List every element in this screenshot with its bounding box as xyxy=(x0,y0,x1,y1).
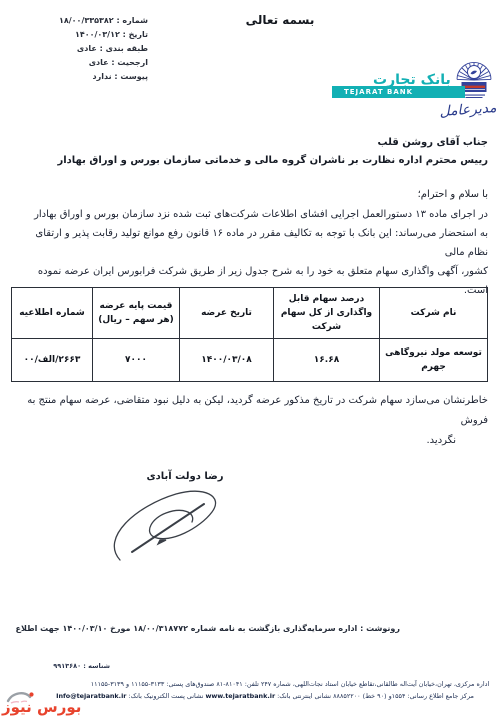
cell-percent-shares: ۱۶.۶۸ xyxy=(274,339,380,382)
signature-scribble xyxy=(108,486,226,566)
cell-base-price: ۷۰۰۰ xyxy=(93,339,180,382)
footer-contact-prefix: مرکز جامع اطلاع رسانی: ۱۵۵۴و (۹۰ خط) ۸۸۸… xyxy=(275,692,474,700)
meta-priority: ارجحیت : عادی xyxy=(14,56,148,70)
meta-number: شماره : ۱۸/۰۰/۳۳۵۳۸۲ xyxy=(14,14,148,28)
meta-attachment: پیوست : ندارد xyxy=(14,70,148,84)
body-paragraph-2: خاطرنشان می‌سازد سهام شرکت در تاریخ مذکو… xyxy=(14,391,488,451)
cell-company-name: توسعه مولد نیروگاهی جهرم xyxy=(380,339,488,382)
letter-meta-block: شماره : ۱۸/۰۰/۳۳۵۳۸۲ تاریخ : ۱۴۰۰/۰۳/۱۲ … xyxy=(14,14,148,84)
cell-offer-date: ۱۴۰۰/۰۳/۰۸ xyxy=(180,339,274,382)
para1-line2: به استحضار می‌رساند: این بانک با توجه به… xyxy=(14,224,488,262)
meta-classification: طبقه بندی : عادی xyxy=(14,42,148,56)
carbon-copy-note: رونوشت : اداره سرمایه‌گذاری بازگشت به نا… xyxy=(14,624,400,633)
share-offer-table: نام شرکت درصد سهام قابل واگذاری از کل سه… xyxy=(11,287,488,382)
col-notice-number: شماره اطلاعیه xyxy=(12,288,93,339)
recipient-title: رییس محترم اداره نظارت بر ناشران گروه ما… xyxy=(14,152,488,170)
para1-line1: در اجرای ماده ۱۳ دستورالعمل اجرایی افشای… xyxy=(14,205,488,224)
col-offer-date: تاریخ عرضه xyxy=(180,288,274,339)
bank-logo-bar: TEJARAT BANK xyxy=(332,86,465,98)
table-header-row: نام شرکت درصد سهام قابل واگذاری از کل سه… xyxy=(12,288,488,339)
footer-contact-line: مرکز جامع اطلاع رسانی: ۱۵۵۴و (۹۰ خط) ۸۸۸… xyxy=(40,692,490,700)
bank-name-english: TEJARAT BANK xyxy=(332,88,413,96)
recipient-block: جناب آقای روشن قلب رییس محترم اداره نظار… xyxy=(14,134,488,169)
table-row: توسعه مولد نیروگاهی جهرم ۱۶.۶۸ ۱۴۰۰/۰۳/۰… xyxy=(12,339,488,382)
body-paragraph-1: در اجرای ماده ۱۳ دستورالعمل اجرایی افشای… xyxy=(14,205,488,300)
footer-contact-middle: نشانی پست الکترونیک بانک: xyxy=(126,692,205,700)
document-id: شناسه : ۹۹۱۳۶۸۰ xyxy=(14,662,110,670)
cell-notice-number: ۲۶۶۳/الف/۰۰ xyxy=(12,339,93,382)
meta-date: تاریخ : ۱۴۰۰/۰۳/۱۲ xyxy=(14,28,148,42)
bank-website-link[interactable]: www.tejaratbank.ir xyxy=(206,692,276,700)
letter-page: بسمه تعالی شماره : ۱۸/۰۰/۳۳۵۳۸۲ تاریخ : … xyxy=(0,0,501,719)
col-percent-shares: درصد سهام قابل واگذاری از کل سهام شرکت xyxy=(274,288,380,339)
footer-address-line: اداره مرکزی، تهران،خیابان آیت‌اله طالقان… xyxy=(90,680,490,688)
besmele-heading: بسمه تعالی xyxy=(170,13,390,27)
para2-line1: خاطرنشان می‌سازد سهام شرکت در تاریخ مذکو… xyxy=(14,391,488,431)
salutation: با سلام و احترام؛ xyxy=(418,189,488,200)
signature-name: رضا دولت آبادی xyxy=(140,471,230,482)
bourse-news-watermark: بورس نیوز xyxy=(2,698,81,716)
para2-line2: نگردید. xyxy=(14,431,456,451)
col-base-price: قیمت پایه عرضه (هر سهم – ریال) xyxy=(93,288,180,339)
col-company-name: نام شرکت xyxy=(380,288,488,339)
signatory-role: مدیرعامل xyxy=(438,100,499,120)
recipient-name: جناب آقای روشن قلب xyxy=(14,134,488,152)
